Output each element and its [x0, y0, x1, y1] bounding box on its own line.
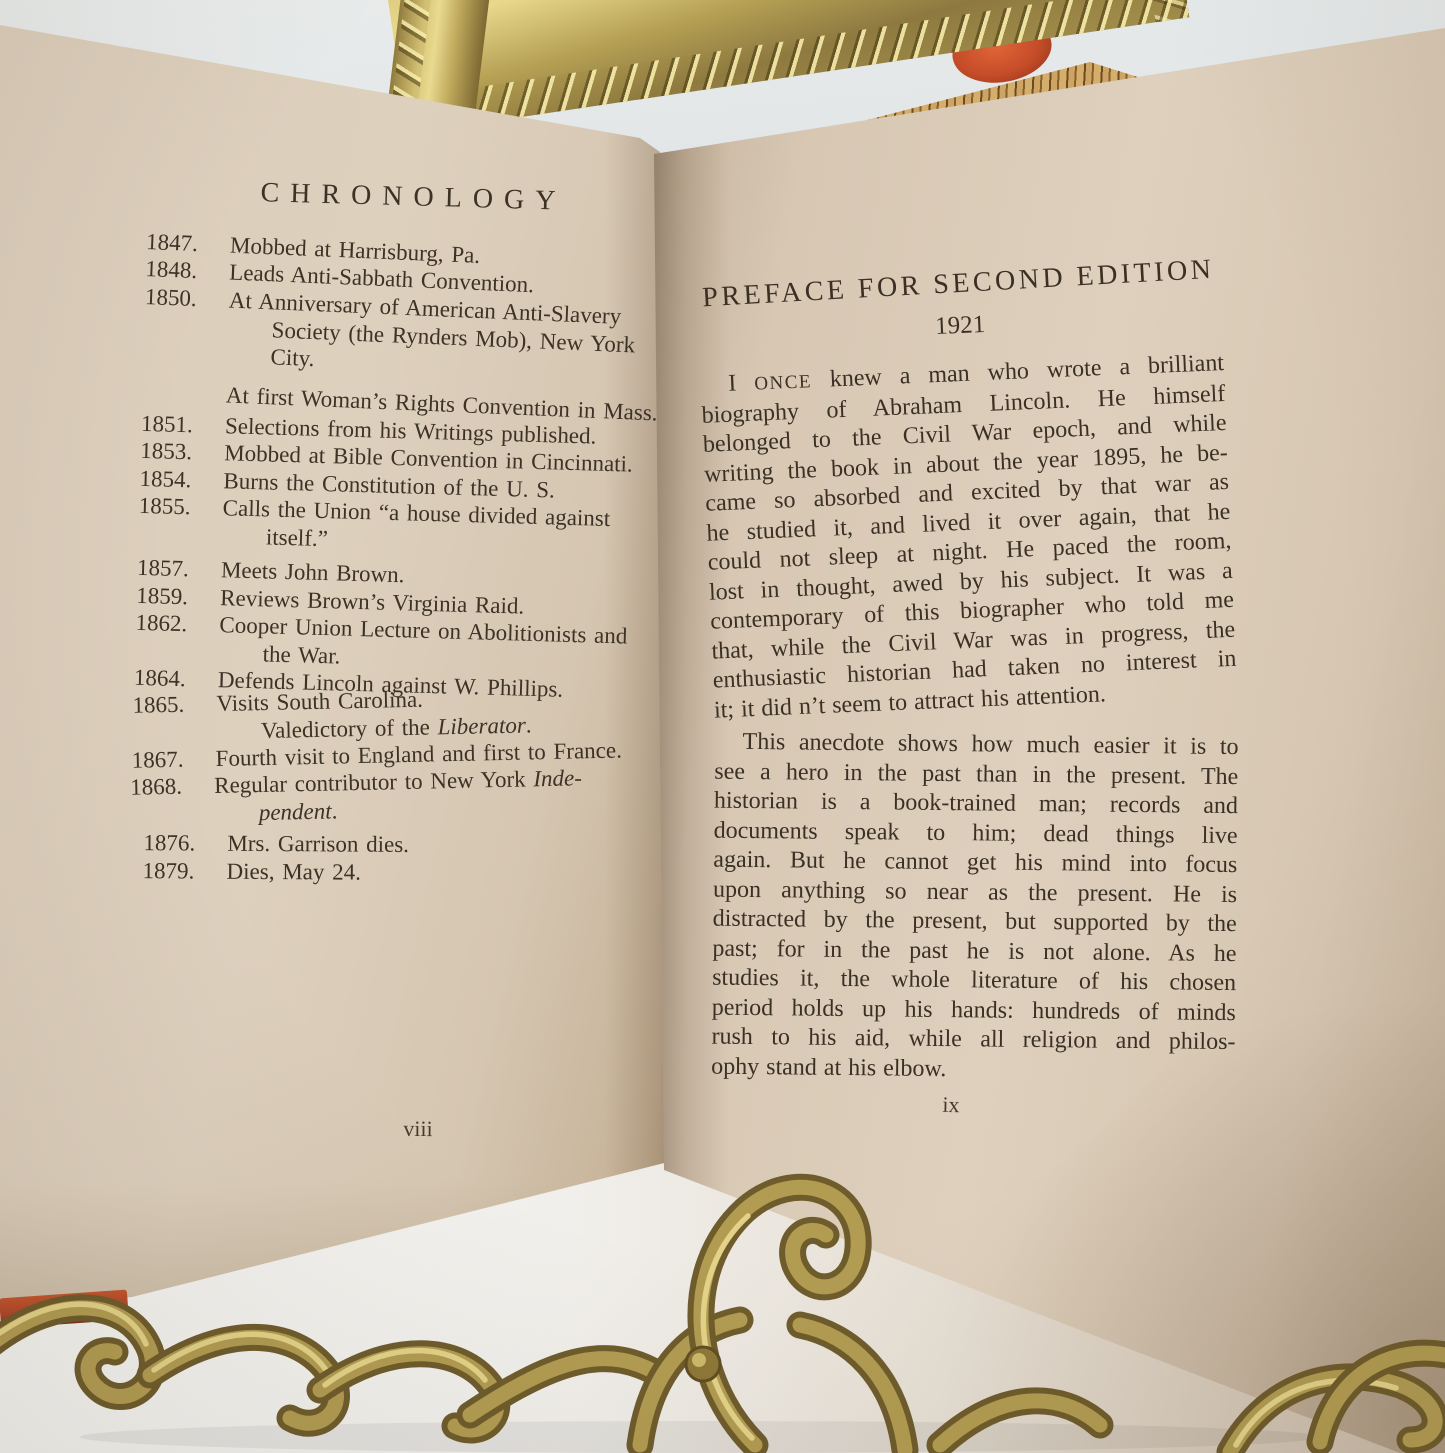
- chronology-list: 1847.Mobbed at Harrisburg, Pa.1848.Leads…: [128, 227, 668, 898]
- chronology-section: CHRONOLOGY 1847.Mobbed at Harrisburg, Pa…: [128, 176, 670, 898]
- stand-center-ornament: [640, 1187, 905, 1450]
- text-segment: City.: [270, 344, 315, 371]
- text-segment: past; for in the past he is not alone. A…: [712, 935, 1236, 966]
- chronology-year: 1848.: [145, 255, 230, 286]
- text-segment: ONCE: [754, 371, 812, 394]
- preface-line: again. But he cannot get his mind into f…: [713, 846, 1237, 881]
- photo-open-book-on-brass-stand: CHRONOLOGY 1847.Mobbed at Harrisburg, Pa…: [0, 0, 1445, 1453]
- preface-section: PREFACE FOR SECOND EDITION 1921 I ONCE k…: [696, 258, 1253, 1081]
- preface-line: rush to his aid, while all religion and …: [711, 1023, 1235, 1058]
- text-segment: Mrs. Garrison dies.: [227, 831, 409, 857]
- preface-paragraphs: I ONCE knew a man who wrote a brilliantb…: [700, 349, 1253, 1081]
- chronology-year: 1879.: [143, 857, 227, 885]
- text-segment: I: [728, 370, 755, 397]
- chronology-year: 1851.: [141, 409, 226, 439]
- chronology-year: 1867.: [131, 745, 216, 774]
- text-segment: studies it, the whole literature of his …: [712, 965, 1236, 996]
- chronology-year: 1853.: [140, 437, 225, 467]
- chronology-year: 1864.: [134, 664, 219, 694]
- chronology-year: [142, 399, 226, 403]
- chronology-year: 1876.: [143, 829, 227, 857]
- text-segment: pendent: [259, 798, 332, 825]
- chronology-line: 1879.Dies, May 24.: [143, 857, 651, 888]
- text-segment: Regular contributor to New York: [214, 766, 534, 798]
- chronology-entry: 1865.Visits South Carolina.Valedictory o…: [132, 680, 655, 746]
- preface-line: historian is a book-trained man; records…: [714, 787, 1238, 822]
- chronology-line: 1876.Mrs. Garrison dies.: [143, 829, 651, 860]
- chronology-year: 1862.: [135, 609, 220, 639]
- chronology-entry: 1868.Regular contributor to New York Ind…: [130, 763, 653, 829]
- text-segment: Valedictory of the: [261, 713, 438, 742]
- chronology-entry: 1879.Dies, May 24.: [143, 857, 651, 888]
- chronology-year: 1857.: [137, 554, 222, 584]
- brass-stand-scrollwork: [0, 1140, 1445, 1453]
- chronology-year: 1865.: [132, 690, 217, 719]
- chronology-entry: 1876.Mrs. Garrison dies.: [143, 829, 651, 860]
- preface-line: studies it, the whole literature of his …: [712, 964, 1236, 999]
- chronology-year: 1847.: [146, 227, 231, 258]
- text-segment: Dies, May 24.: [227, 858, 361, 884]
- text-segment: documents speak to him; dead things live: [714, 817, 1238, 848]
- text-segment: itself.”: [266, 524, 329, 551]
- chronology-year: 1868.: [130, 772, 215, 801]
- preface-line: ophy stand at his elbow.: [711, 1052, 1235, 1087]
- page-number-left: viii: [308, 1115, 528, 1143]
- text-segment: again. But he cannot get his mind into f…: [713, 847, 1237, 878]
- preface-paragraph: I ONCE knew a man who wrote a brilliantb…: [700, 349, 1238, 726]
- text-segment: Inde-: [533, 765, 582, 791]
- text-segment: Liberator: [437, 712, 526, 739]
- text-segment: upon anything so near as the present. He…: [713, 876, 1237, 907]
- text-segment: distracted by the present, but supported…: [713, 906, 1237, 937]
- text-segment: the War.: [262, 641, 340, 668]
- text-segment: period holds up his hands: hundreds of m…: [712, 994, 1236, 1025]
- stand-left-scrolls: [0, 1304, 660, 1430]
- preface-line: distracted by the present, but supported…: [713, 905, 1237, 940]
- text-segment: Visits South Carolina.: [216, 686, 423, 715]
- text-segment: .: [331, 798, 337, 823]
- preface-paragraph: This anecdote shows how much easier it i…: [711, 728, 1239, 1087]
- chronology-year: 1854.: [139, 464, 224, 494]
- preface-line: This anecdote shows how much easier it i…: [714, 728, 1238, 763]
- text-segment: rush to his aid, while all religion and …: [711, 1024, 1235, 1055]
- text-segment: ophy stand at his elbow.: [711, 1053, 946, 1081]
- text-segment: Meets John Brown.: [221, 557, 405, 587]
- text-segment: see a hero in the past than in the prese…: [714, 758, 1238, 789]
- text-segment: .: [525, 711, 531, 736]
- text-segment: This anecdote shows how much easier it i…: [742, 729, 1238, 760]
- chronology-year: 1855.: [138, 492, 223, 522]
- chronology-year: 1850.: [144, 282, 229, 313]
- chronology-year: 1859.: [136, 581, 221, 611]
- text-segment: historian is a book-trained man; records…: [714, 788, 1238, 819]
